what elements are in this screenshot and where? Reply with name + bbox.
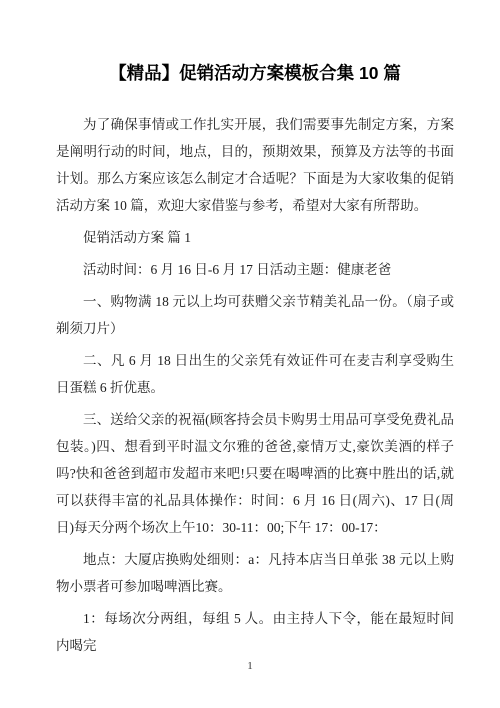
paragraph-item-2: 二、凡 6 月 18 日出生的父亲凭有效证件可在麦吉利享受购生日蛋糕 6 折优惠… [56,347,454,401]
document-content: 【精品】促销活动方案模板合集 10 篇 为了确保事情或工作扎实开展，我们需要事先… [0,0,500,659]
paragraph-section-heading: 促销活动方案 篇 1 [56,224,454,251]
paragraph-event-time: 活动时间：6 月 16 日-6 月 17 日活动主题：健康老爸 [56,256,454,283]
paragraph-rule-1: 1：每场次分两组，每组 5 人。由主持人下令，能在最短时间内喝完 [56,605,454,659]
paragraph-item-3-4: 三、送给父亲的祝福(顾客持会员卡购男士用品可享受免费礼品包装。)四、想看到平时温… [56,406,454,541]
document-title: 【精品】促销活动方案模板合集 10 篇 [56,62,454,85]
document-page: 【精品】促销活动方案模板合集 10 篇 为了确保事情或工作扎实开展，我们需要事先… [0,0,500,708]
paragraph-intro: 为了确保事情或工作扎实开展，我们需要事先制定方案，方案是阐明行动的时间，地点，目… [56,111,454,219]
paragraph-location: 地点：大厦店换购处细则：a：凡持本店当日单张 38 元以上购物小票者可参加喝啤酒… [56,546,454,600]
paragraph-item-1: 一、购物满 18 元以上均可获赠父亲节精美礼品一份。（扇子或剃须刀片） [56,288,454,342]
page-number: 1 [0,660,500,672]
